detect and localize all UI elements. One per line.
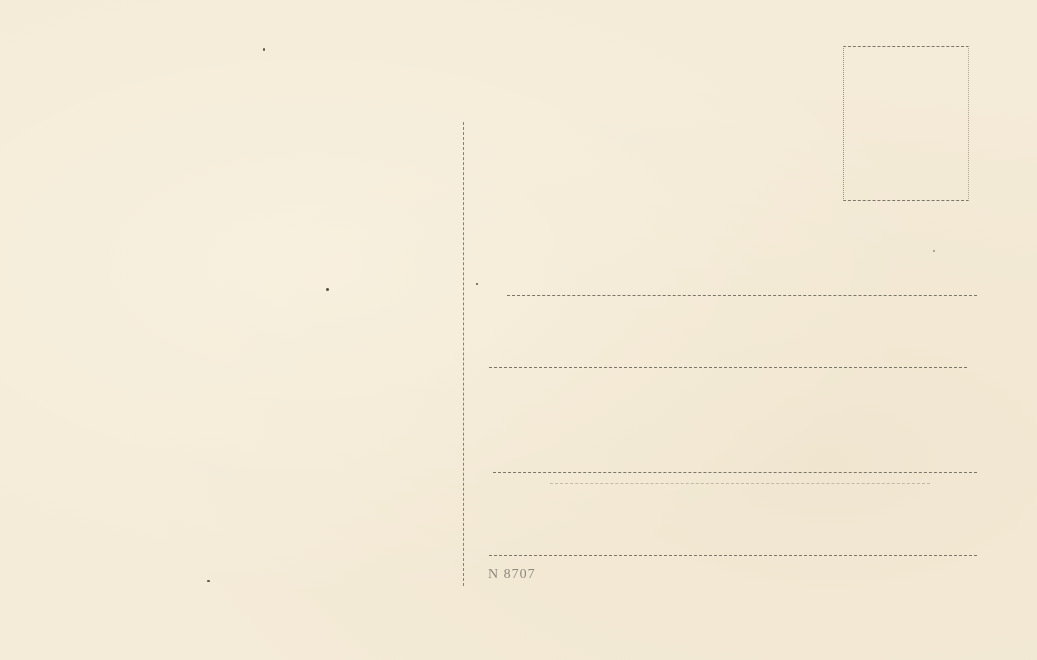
paper-speck bbox=[207, 580, 210, 582]
postcard-back: N 8707 bbox=[0, 0, 1037, 660]
address-line-4 bbox=[489, 555, 977, 556]
paper-speck bbox=[263, 48, 265, 51]
paper-speck bbox=[933, 250, 935, 252]
serial-number: N 8707 bbox=[488, 567, 536, 583]
address-line-1 bbox=[507, 295, 977, 296]
address-line-3 bbox=[493, 472, 977, 473]
paper-speck bbox=[326, 288, 329, 291]
address-line-3-faint bbox=[550, 483, 930, 484]
paper-speck bbox=[476, 283, 478, 285]
stamp-placeholder-box bbox=[843, 46, 969, 201]
address-line-2 bbox=[489, 367, 967, 368]
center-divider-line bbox=[463, 122, 464, 586]
